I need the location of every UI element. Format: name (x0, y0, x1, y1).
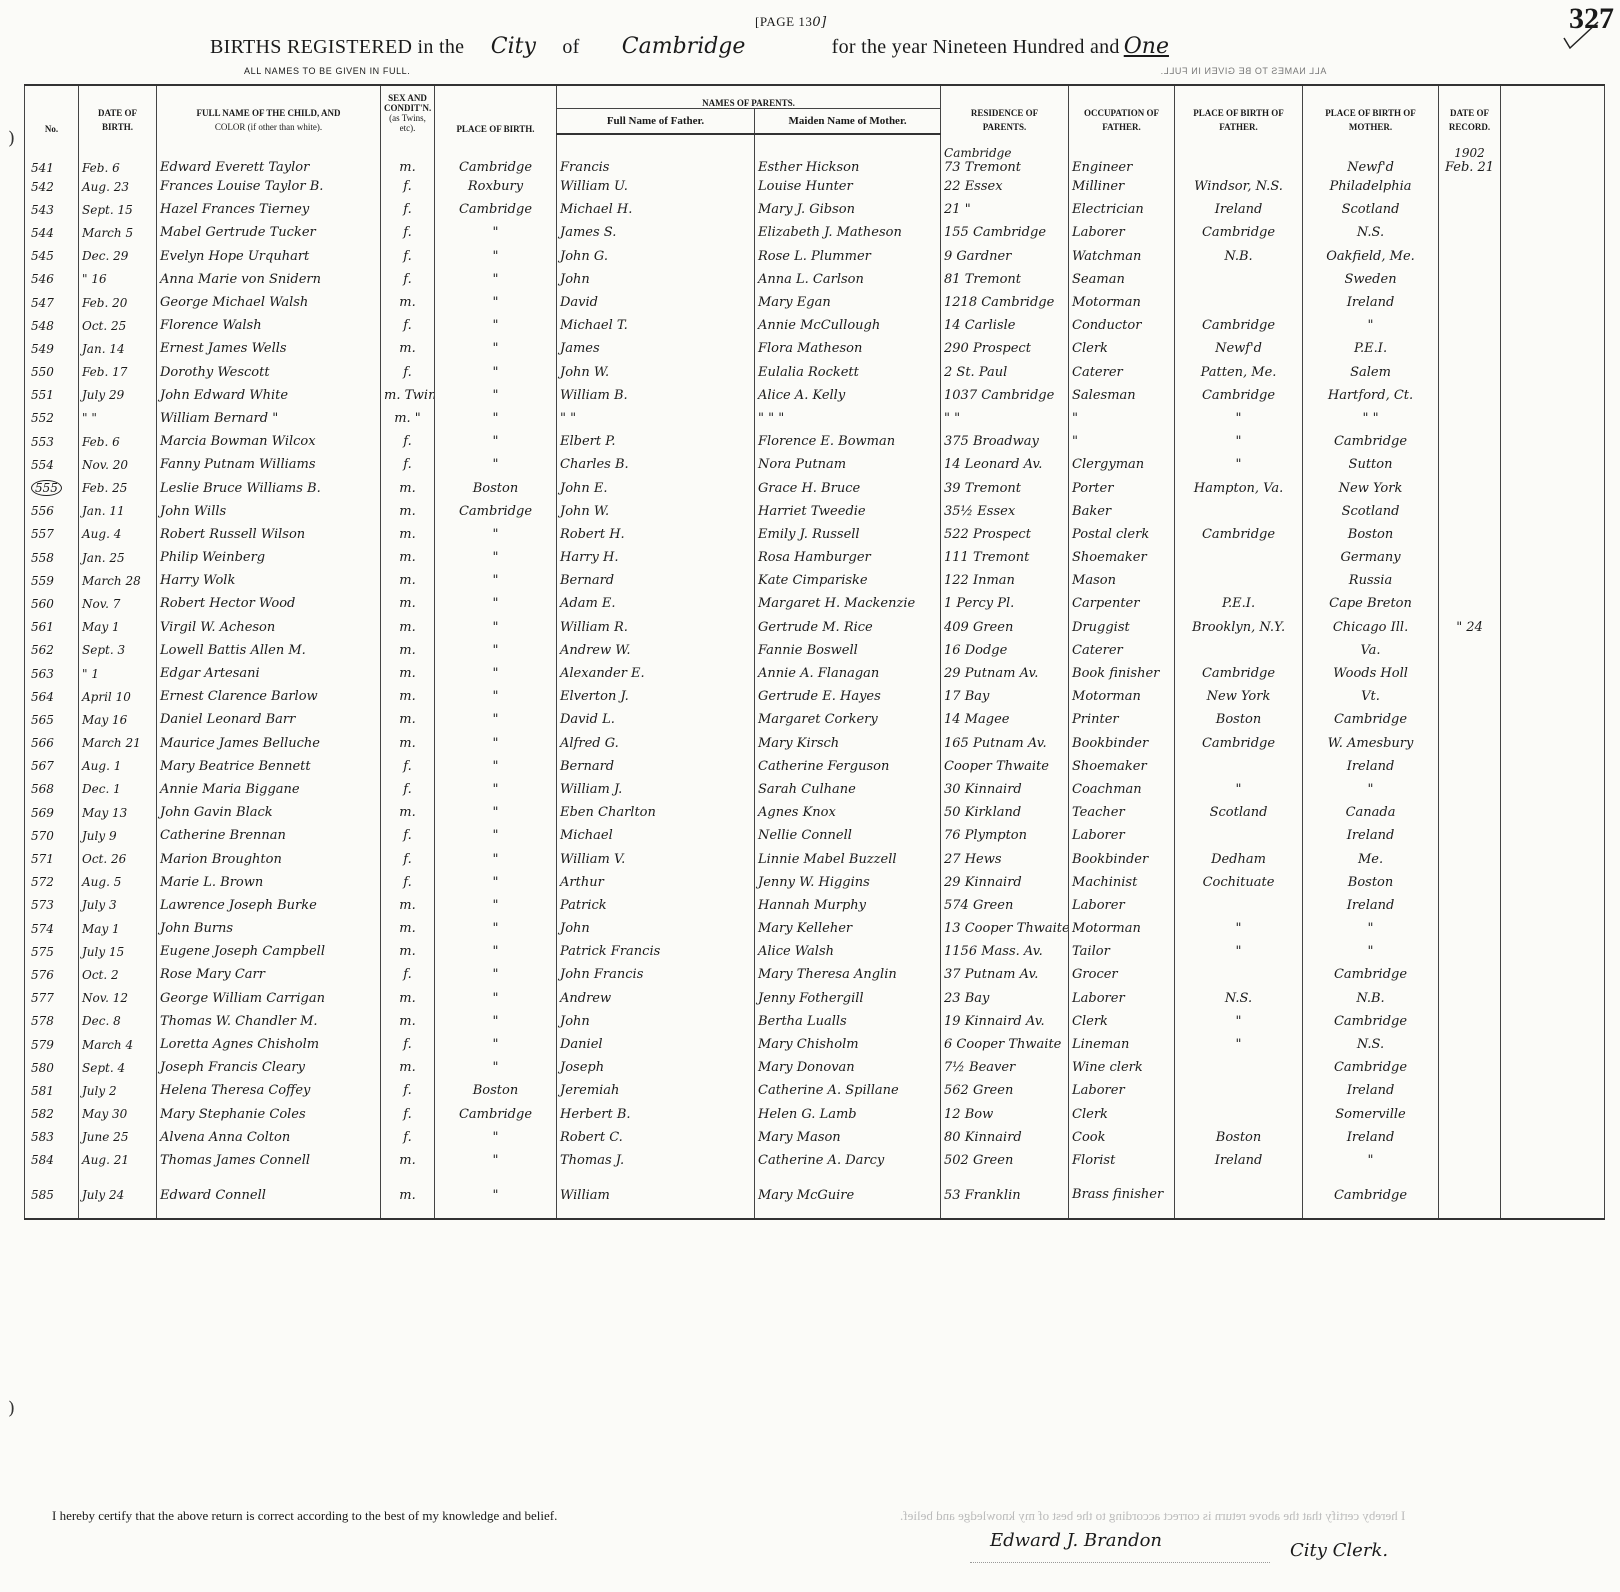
mother-maiden-name: Catherine A. Spillane (755, 1079, 941, 1102)
entry-number: 553 (25, 430, 79, 453)
col-names-of-parents: NAMES OF PARENTS. (557, 85, 941, 109)
mother-maiden-name: Catherine Ferguson (755, 755, 941, 778)
entry-number: 550 (25, 361, 79, 384)
mother-birthplace: " (1303, 314, 1439, 337)
father-birthplace: Patten, Me. (1175, 361, 1303, 384)
place-of-birth: " (435, 824, 557, 847)
mother-maiden-name: Catherine A. Darcy (755, 1149, 941, 1172)
place-of-birth: " (435, 1033, 557, 1056)
date-of-record (1439, 221, 1501, 244)
father-birthplace (1175, 963, 1303, 986)
mother-birthplace: Ireland (1303, 755, 1439, 778)
mother-birthplace: Woods Holl (1303, 662, 1439, 685)
father-name: William R. (557, 616, 755, 639)
signature-title: City Clerk. (1290, 1540, 1388, 1561)
entry-number: 558 (25, 546, 79, 569)
date-of-record (1439, 361, 1501, 384)
date-of-record (1439, 778, 1501, 801)
father-birthplace: " (1175, 1010, 1303, 1033)
birth-date: Aug. 1 (79, 755, 157, 778)
sex-condition: f. (381, 1079, 435, 1102)
mother-birthplace: Va. (1303, 639, 1439, 662)
place-of-birth: " (435, 407, 557, 430)
mother-birthplace: N.S. (1303, 1033, 1439, 1056)
child-name: Philip Weinberg (157, 546, 381, 569)
blank-cell (1501, 1149, 1605, 1172)
child-name: Thomas James Connell (157, 1149, 381, 1172)
father-name: William (557, 1172, 755, 1219)
table-row: 564April 10Ernest Clarence Barlowm."Elve… (25, 685, 1605, 708)
father-birthplace (1175, 894, 1303, 917)
mother-birthplace: Newf'd (1303, 134, 1439, 175)
bleed-through-text: ALL NAMES TO BE GIVEN IN FULL. (1160, 66, 1326, 76)
mother-maiden-name: Kate Cimpariske (755, 569, 941, 592)
birth-date: Dec. 1 (79, 778, 157, 801)
mother-birthplace: Cambridge (1303, 1010, 1439, 1033)
mother-maiden-name: Esther Hickson (755, 134, 941, 175)
birth-date: Oct. 26 (79, 847, 157, 870)
table-row: 573July 3Lawrence Joseph Burkem."Patrick… (25, 894, 1605, 917)
father-birthplace: Boston (1175, 1126, 1303, 1149)
mother-birthplace: Somerville (1303, 1103, 1439, 1126)
mother-birthplace: Ireland (1303, 291, 1439, 314)
birth-date: " 16 (79, 268, 157, 291)
father-name: John W. (557, 361, 755, 384)
father-birthplace: Ireland (1175, 198, 1303, 221)
table-row: 546" 16Anna Marie von Snidernf."JohnAnna… (25, 268, 1605, 291)
father-name: " " (557, 407, 755, 430)
residence: 122 Inman (941, 569, 1069, 592)
blank-cell (1501, 1126, 1605, 1149)
table-row: 582May 30Mary Stephanie Colesf.Cambridge… (25, 1103, 1605, 1126)
birth-date: Feb. 25 (79, 476, 157, 499)
place-of-birth: " (435, 940, 557, 963)
mother-birthplace: W. Amesbury (1303, 732, 1439, 755)
father-name: Michael H. (557, 198, 755, 221)
place-of-birth: Boston (435, 1079, 557, 1102)
birth-date: Feb. 17 (79, 361, 157, 384)
father-birthplace: N.B. (1175, 245, 1303, 268)
blank-cell (1501, 662, 1605, 685)
date-of-record (1439, 175, 1501, 198)
table-row: 544March 5Mabel Gertrude Tuckerf."James … (25, 221, 1605, 244)
birth-date: Feb. 20 (79, 291, 157, 314)
birth-register-table: No. DATE OFBIRTH. FULL NAME OF THE CHILD… (24, 84, 1605, 1220)
father-birthplace: " (1175, 453, 1303, 476)
father-occupation: Lineman (1069, 1033, 1175, 1056)
entry-number: 579 (25, 1033, 79, 1056)
child-name: Catherine Brennan (157, 824, 381, 847)
father-occupation: Salesman (1069, 384, 1175, 407)
place-of-birth: " (435, 894, 557, 917)
mother-birthplace: Germany (1303, 546, 1439, 569)
table-row: 557Aug. 4Robert Russell Wilsonm."Robert … (25, 523, 1605, 546)
date-of-record (1439, 917, 1501, 940)
residence: 27 Hews (941, 847, 1069, 870)
table-row: 570July 9Catherine Brennanf."MichaelNell… (25, 824, 1605, 847)
place-of-birth: " (435, 245, 557, 268)
father-birthplace: " (1175, 407, 1303, 430)
mother-birthplace: P.E.I. (1303, 337, 1439, 360)
table-row: 584Aug. 21Thomas James Connellm."Thomas … (25, 1149, 1605, 1172)
date-of-record (1439, 662, 1501, 685)
father-name: William J. (557, 778, 755, 801)
father-occupation: Mason (1069, 569, 1175, 592)
child-name: Edward Connell (157, 1172, 381, 1219)
child-name: Marcia Bowman Wilcox (157, 430, 381, 453)
father-name: Elverton J. (557, 685, 755, 708)
father-name: Joseph (557, 1056, 755, 1079)
mother-maiden-name: Mary Chisholm (755, 1033, 941, 1056)
place-of-birth: " (435, 987, 557, 1010)
father-name: Jeremiah (557, 1079, 755, 1102)
sex-condition: m. (381, 523, 435, 546)
father-occupation: Electrician (1069, 198, 1175, 221)
entry-number: 560 (25, 592, 79, 615)
entry-number: 563 (25, 662, 79, 685)
child-name: Loretta Agnes Chisholm (157, 1033, 381, 1056)
entry-number: 544 (25, 221, 79, 244)
father-occupation: Druggist (1069, 616, 1175, 639)
residence: 80 Kinnaird (941, 1126, 1069, 1149)
entry-number: 568 (25, 778, 79, 801)
mother-birthplace: Scotland (1303, 500, 1439, 523)
father-birthplace (1175, 268, 1303, 291)
child-name: Edgar Artesani (157, 662, 381, 685)
father-name: John (557, 268, 755, 291)
father-name: Bernard (557, 755, 755, 778)
residence: 165 Putnam Av. (941, 732, 1069, 755)
mother-birthplace: Philadelphia (1303, 175, 1439, 198)
child-name: Thomas W. Chandler M. (157, 1010, 381, 1033)
entry-number: 545 (25, 245, 79, 268)
place-of-birth: Roxbury (435, 175, 557, 198)
date-of-record (1439, 476, 1501, 499)
mother-birthplace: " " (1303, 407, 1439, 430)
date-of-record (1439, 732, 1501, 755)
child-name: Alvena Anna Colton (157, 1126, 381, 1149)
birth-date: July 24 (79, 1172, 157, 1219)
blank-cell (1501, 291, 1605, 314)
city-name: Cambridge (584, 34, 784, 59)
father-name: Alexander E. (557, 662, 755, 685)
date-of-record (1439, 755, 1501, 778)
residence: 13 Cooper Thwaite (941, 917, 1069, 940)
blank-cell (1501, 476, 1605, 499)
birth-register-page: [PAGE 130] 327 BIRTHS REGISTERED in the … (0, 0, 1620, 1592)
table-row: 541Feb. 6Edward Everett Taylorm.Cambridg… (25, 134, 1605, 175)
father-name: William B. (557, 384, 755, 407)
entry-number: 564 (25, 685, 79, 708)
father-birthplace: N.S. (1175, 987, 1303, 1010)
mother-maiden-name: Margaret Corkery (755, 708, 941, 731)
father-occupation: Clerk (1069, 1010, 1175, 1033)
mother-birthplace: Oakfield, Me. (1303, 245, 1439, 268)
table-row: 555Feb. 25Leslie Bruce Williams B.m.Bost… (25, 476, 1605, 499)
certification-statement: I hereby certify that the above return i… (52, 1508, 557, 1524)
residence: 1037 Cambridge (941, 384, 1069, 407)
father-birthplace: Windsor, N.S. (1175, 175, 1303, 198)
mother-birthplace: Cambridge (1303, 1056, 1439, 1079)
father-occupation: Florist (1069, 1149, 1175, 1172)
mother-maiden-name: Emily J. Russell (755, 523, 941, 546)
blank-cell (1501, 198, 1605, 221)
sex-condition: f. (381, 871, 435, 894)
circled-entry-number: 555 (31, 480, 62, 496)
blank-cell (1501, 639, 1605, 662)
table-row: 576Oct. 2Rose Mary Carrf."John FrancisMa… (25, 963, 1605, 986)
entry-number: 584 (25, 1149, 79, 1172)
residence: 12 Bow (941, 1103, 1069, 1126)
birth-date: May 1 (79, 917, 157, 940)
blank-cell (1501, 221, 1605, 244)
father-occupation: Motorman (1069, 291, 1175, 314)
mother-maiden-name: Florence E. Bowman (755, 430, 941, 453)
child-name: Lawrence Joseph Burke (157, 894, 381, 917)
father-name: John Francis (557, 963, 755, 986)
mother-maiden-name: Alice Walsh (755, 940, 941, 963)
father-birthplace (1175, 639, 1303, 662)
mother-birthplace: Cape Breton (1303, 592, 1439, 615)
place-of-birth: " (435, 1010, 557, 1033)
place-of-birth: " (435, 592, 557, 615)
sex-condition: m. (381, 476, 435, 499)
date-of-record (1439, 940, 1501, 963)
birth-date: May 30 (79, 1103, 157, 1126)
father-occupation: Motorman (1069, 917, 1175, 940)
birth-date: " " (79, 407, 157, 430)
place-of-birth: " (435, 778, 557, 801)
child-name: Joseph Francis Cleary (157, 1056, 381, 1079)
entry-number: 552 (25, 407, 79, 430)
mother-birthplace: " (1303, 778, 1439, 801)
entry-number: 575 (25, 940, 79, 963)
father-birthplace: Cambridge (1175, 314, 1303, 337)
entry-number: 577 (25, 987, 79, 1010)
sex-condition: m. (381, 546, 435, 569)
sex-condition: m. (381, 1149, 435, 1172)
residence: 14 Leonard Av. (941, 453, 1069, 476)
entry-number: 546 (25, 268, 79, 291)
mother-maiden-name: Fannie Boswell (755, 639, 941, 662)
entry-number: 541 (25, 134, 79, 175)
table-row: 554Nov. 20Fanny Putnam Williamsf."Charle… (25, 453, 1605, 476)
child-name: William Bernard " (157, 407, 381, 430)
place-of-birth: " (435, 268, 557, 291)
father-birthplace (1175, 1056, 1303, 1079)
child-name: Frances Louise Taylor B. (157, 175, 381, 198)
mother-maiden-name: Rose L. Plummer (755, 245, 941, 268)
father-occupation: Tailor (1069, 940, 1175, 963)
col-date-of-record: DATE OFRECORD. (1439, 85, 1501, 134)
father-occupation: Laborer (1069, 1079, 1175, 1102)
father-occupation: Book finisher (1069, 662, 1175, 685)
blank-cell (1501, 384, 1605, 407)
place-of-birth: " (435, 361, 557, 384)
blank-cell (1501, 245, 1605, 268)
sex-condition: m. (381, 662, 435, 685)
birth-date: March 21 (79, 732, 157, 755)
blank-cell (1501, 500, 1605, 523)
birth-date: May 16 (79, 708, 157, 731)
birth-date: Nov. 12 (79, 987, 157, 1010)
col-no: No. (25, 85, 79, 134)
city-type: City (468, 34, 558, 59)
child-name: George William Carrigan (157, 987, 381, 1010)
sex-condition: m. (381, 134, 435, 175)
mother-birthplace: Cambridge (1303, 963, 1439, 986)
table-row: 542Aug. 23Frances Louise Taylor B.f.Roxb… (25, 175, 1605, 198)
table-row: 558Jan. 25Philip Weinbergm."Harry H.Rosa… (25, 546, 1605, 569)
child-name: Robert Russell Wilson (157, 523, 381, 546)
birth-date: May 1 (79, 616, 157, 639)
table-row: 563" 1Edgar Artesanim."Alexander E.Annie… (25, 662, 1605, 685)
child-name: Marie L. Brown (157, 871, 381, 894)
mother-maiden-name: Gertrude E. Hayes (755, 685, 941, 708)
entry-number: 566 (25, 732, 79, 755)
col-residence: RESIDENCE OFPARENTS. (941, 85, 1069, 134)
mother-maiden-name: Margaret H. Mackenzie (755, 592, 941, 615)
mother-birthplace: Ireland (1303, 894, 1439, 917)
sex-condition: f. (381, 430, 435, 453)
mother-birthplace: Canada (1303, 801, 1439, 824)
father-birthplace (1175, 500, 1303, 523)
birth-date: Oct. 2 (79, 963, 157, 986)
birth-date: April 10 (79, 685, 157, 708)
place-of-birth: " (435, 662, 557, 685)
father-name: Eben Charlton (557, 801, 755, 824)
place-of-birth: Cambridge (435, 198, 557, 221)
date-of-record (1439, 1149, 1501, 1172)
father-occupation: Clerk (1069, 1103, 1175, 1126)
mother-birthplace: Cambridge (1303, 1172, 1439, 1219)
mother-birthplace: Hartford, Ct. (1303, 384, 1439, 407)
father-name: David (557, 291, 755, 314)
birth-date: Sept. 4 (79, 1056, 157, 1079)
birth-date: Nov. 7 (79, 592, 157, 615)
birth-date: Feb. 6 (79, 430, 157, 453)
child-name: Rose Mary Carr (157, 963, 381, 986)
mother-maiden-name: Alice A. Kelly (755, 384, 941, 407)
sex-condition: m. (381, 569, 435, 592)
place-of-birth: Cambridge (435, 1103, 557, 1126)
birth-date: Jan. 25 (79, 546, 157, 569)
residence: 23 Bay (941, 987, 1069, 1010)
blank-cell (1501, 708, 1605, 731)
father-name: Thomas J. (557, 1149, 755, 1172)
place-of-birth: " (435, 453, 557, 476)
sex-condition: m. (381, 500, 435, 523)
father-birthplace: Cambridge (1175, 221, 1303, 244)
birth-date: Aug. 5 (79, 871, 157, 894)
sex-condition: f. (381, 361, 435, 384)
sex-condition: m. (381, 592, 435, 615)
sex-condition: m. (381, 940, 435, 963)
father-name: Andrew (557, 987, 755, 1010)
blank-cell (1501, 430, 1605, 453)
table-row: 572Aug. 5Marie L. Brownf."ArthurJenny W.… (25, 871, 1605, 894)
place-of-birth: " (435, 569, 557, 592)
blank-cell (1501, 778, 1605, 801)
entry-number: 578 (25, 1010, 79, 1033)
father-birthplace: Dedham (1175, 847, 1303, 870)
date-of-record (1439, 198, 1501, 221)
father-birthplace: Cochituate (1175, 871, 1303, 894)
mother-maiden-name: Nellie Connell (755, 824, 941, 847)
father-birthplace: Newf'd (1175, 337, 1303, 360)
child-name: Hazel Frances Tierney (157, 198, 381, 221)
mother-maiden-name: Mary Kelleher (755, 917, 941, 940)
blank-cell (1501, 1079, 1605, 1102)
mother-birthplace: New York (1303, 476, 1439, 499)
date-of-record (1439, 1033, 1501, 1056)
table-row: 575July 15Eugene Joseph Campbellm."Patri… (25, 940, 1605, 963)
mother-birthplace: N.B. (1303, 987, 1439, 1010)
blank-cell (1501, 1172, 1605, 1219)
residence: 2 St. Paul (941, 361, 1069, 384)
date-of-record (1439, 847, 1501, 870)
date-of-record (1439, 685, 1501, 708)
mother-maiden-name: Annie A. Flanagan (755, 662, 941, 685)
birth-date: Aug. 21 (79, 1149, 157, 1172)
table-row: 581July 2Helena Theresa Coffeyf.BostonJe… (25, 1079, 1605, 1102)
date-of-record (1439, 824, 1501, 847)
register-title: BIRTHS REGISTERED in the City of Cambrid… (210, 34, 1390, 68)
father-birthplace: " (1175, 778, 1303, 801)
residence: 21 " (941, 198, 1069, 221)
blank-cell (1501, 134, 1605, 175)
bleed-through-text: I hereby certify that the above return i… (900, 1508, 1405, 1524)
child-name: Marion Broughton (157, 847, 381, 870)
date-of-record (1439, 708, 1501, 731)
father-occupation: Grocer (1069, 963, 1175, 986)
father-name: John G. (557, 245, 755, 268)
father-birthplace: " (1175, 917, 1303, 940)
father-birthplace: Brooklyn, N.Y. (1175, 616, 1303, 639)
blank-cell (1501, 732, 1605, 755)
residence: 30 Kinnaird (941, 778, 1069, 801)
child-name: Edward Everett Taylor (157, 134, 381, 175)
mother-maiden-name: Mary Theresa Anglin (755, 963, 941, 986)
mother-birthplace: Russia (1303, 569, 1439, 592)
father-name: John E. (557, 476, 755, 499)
child-name: Helena Theresa Coffey (157, 1079, 381, 1102)
entry-number: 561 (25, 616, 79, 639)
sex-condition: f. (381, 755, 435, 778)
father-occupation: " (1069, 430, 1175, 453)
entry-number: 557 (25, 523, 79, 546)
table-row: 561May 1Virgil W. Achesonm."William R.Ge… (25, 616, 1605, 639)
residence: 574 Green (941, 894, 1069, 917)
father-occupation: Laborer (1069, 824, 1175, 847)
mother-maiden-name: Gertrude M. Rice (755, 616, 941, 639)
child-name: Dorothy Wescott (157, 361, 381, 384)
blank-cell (1501, 175, 1605, 198)
father-occupation: Wine clerk (1069, 1056, 1175, 1079)
mother-birthplace: " (1303, 1149, 1439, 1172)
mother-maiden-name: Mary Egan (755, 291, 941, 314)
father-name: William U. (557, 175, 755, 198)
child-name: Harry Wolk (157, 569, 381, 592)
blank-cell (1501, 685, 1605, 708)
father-birthplace (1175, 1172, 1303, 1219)
child-name: John Gavin Black (157, 801, 381, 824)
mother-birthplace: Sweden (1303, 268, 1439, 291)
table-row: 571Oct. 26Marion Broughtonf."William V.L… (25, 847, 1605, 870)
place-of-birth: Cambridge (435, 500, 557, 523)
place-of-birth: " (435, 1149, 557, 1172)
father-birthplace (1175, 824, 1303, 847)
